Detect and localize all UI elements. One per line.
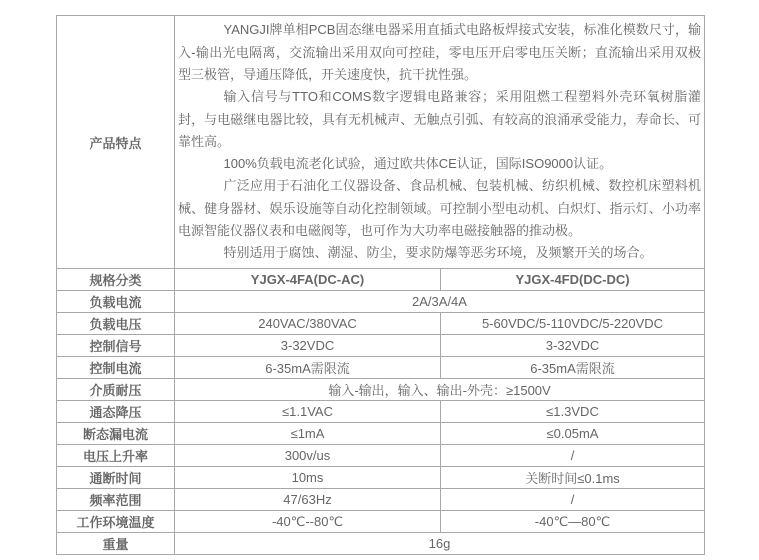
- row-label: 负载电压: [57, 313, 175, 335]
- row-label: 规格分类: [57, 269, 175, 291]
- spec-row-load-current: 负载电流 2A/3A/4A: [57, 291, 705, 313]
- spec-row-voltage-rise-rate: 电压上升率 300v/us /: [57, 445, 705, 467]
- product-spec-table: 产品特点 YANGJI牌单相PCB固态继电器采用直插式电路板焊接式安装，标准化模…: [56, 15, 705, 555]
- row-label: 控制电流: [57, 357, 175, 379]
- row-label: 重量: [57, 533, 175, 555]
- row-label: 控制信号: [57, 335, 175, 357]
- spec-value: -40℃--80℃: [175, 511, 441, 533]
- feature-paragraph: 特别适用于腐蚀、潮湿、防尘，要求防爆等恶劣环境，及频繁开关的场合。: [178, 242, 701, 264]
- row-label: 工作环境温度: [57, 511, 175, 533]
- spec-value: 300v/us: [175, 445, 441, 467]
- spec-value: ≤1.1VAC: [175, 401, 441, 423]
- spec-row-frequency-range: 频率范围 47/63Hz /: [57, 489, 705, 511]
- spec-value: ≤1.3VDC: [441, 401, 705, 423]
- feature-paragraph: 100%负载电流老化试验，通过欧共体CE认证，国际ISO9000认证。: [178, 153, 701, 175]
- page: 产品特点 YANGJI牌单相PCB固态继电器采用直插式电路板焊接式安装，标准化模…: [0, 0, 759, 560]
- spec-value: 6-35mA需限流: [175, 357, 441, 379]
- spec-row-dielectric-strength: 介质耐压 输入-输出，输入、输出-外壳：≥1500V: [57, 379, 705, 401]
- spec-value: /: [441, 445, 705, 467]
- spec-value: /: [441, 489, 705, 511]
- spec-value: 3-32VDC: [441, 335, 705, 357]
- spec-value: YJGX-4FA(DC-AC): [175, 269, 441, 291]
- row-label-features: 产品特点: [57, 16, 175, 269]
- feature-paragraph: 输入信号与TTO和COMS数字逻辑电路兼容；采用阻燃工程塑料外壳环氧树脂灌封，与…: [178, 86, 701, 153]
- spec-value: YJGX-4FD(DC-DC): [441, 269, 705, 291]
- row-label: 介质耐压: [57, 379, 175, 401]
- spec-value: 5-60VDC/5-110VDC/5-220VDC: [441, 313, 705, 335]
- feature-paragraph: YANGJI牌单相PCB固态继电器采用直插式电路板焊接式安装，标准化模数尺寸，输…: [178, 19, 701, 86]
- row-label: 通断时间: [57, 467, 175, 489]
- spec-row-off-state-leakage: 断态漏电流 ≤1mA ≤0.05mA: [57, 423, 705, 445]
- spec-row-load-voltage: 负载电压 240VAC/380VAC 5-60VDC/5-110VDC/5-22…: [57, 313, 705, 335]
- spec-row-weight: 重量 16g: [57, 533, 705, 555]
- spec-value: 关断时间≤0.1ms: [441, 467, 705, 489]
- spec-value: 6-35mA需限流: [441, 357, 705, 379]
- spec-value: ≤0.05mA: [441, 423, 705, 445]
- spec-value: -40℃—80℃: [441, 511, 705, 533]
- spec-value: 3-32VDC: [175, 335, 441, 357]
- spec-row-control-current: 控制电流 6-35mA需限流 6-35mA需限流: [57, 357, 705, 379]
- spec-value: 2A/3A/4A: [175, 291, 705, 313]
- row-label: 断态漏电流: [57, 423, 175, 445]
- spec-row-operating-temperature: 工作环境温度 -40℃--80℃ -40℃—80℃: [57, 511, 705, 533]
- row-label: 频率范围: [57, 489, 175, 511]
- spec-row-switching-time: 通断时间 10ms 关断时间≤0.1ms: [57, 467, 705, 489]
- feature-row: 产品特点 YANGJI牌单相PCB固态继电器采用直插式电路板焊接式安装，标准化模…: [57, 16, 705, 269]
- feature-paragraph: 广泛应用于石油化工仪器设备、食品机械、包装机械、纺织机械、数控机床塑料机械、健身…: [178, 175, 701, 242]
- spec-value: 240VAC/380VAC: [175, 313, 441, 335]
- spec-value: 47/63Hz: [175, 489, 441, 511]
- spec-row-model: 规格分类 YJGX-4FA(DC-AC) YJGX-4FD(DC-DC): [57, 269, 705, 291]
- row-label: 通态降压: [57, 401, 175, 423]
- row-label: 电压上升率: [57, 445, 175, 467]
- spec-value: 10ms: [175, 467, 441, 489]
- spec-row-control-signal: 控制信号 3-32VDC 3-32VDC: [57, 335, 705, 357]
- spec-value: ≤1mA: [175, 423, 441, 445]
- spec-row-on-state-voltage-drop: 通态降压 ≤1.1VAC ≤1.3VDC: [57, 401, 705, 423]
- spec-value: 16g: [175, 533, 705, 555]
- spec-value: 输入-输出，输入、输出-外壳：≥1500V: [175, 379, 705, 401]
- row-label: 负载电流: [57, 291, 175, 313]
- feature-text-cell: YANGJI牌单相PCB固态继电器采用直插式电路板焊接式安装，标准化模数尺寸，输…: [175, 16, 705, 269]
